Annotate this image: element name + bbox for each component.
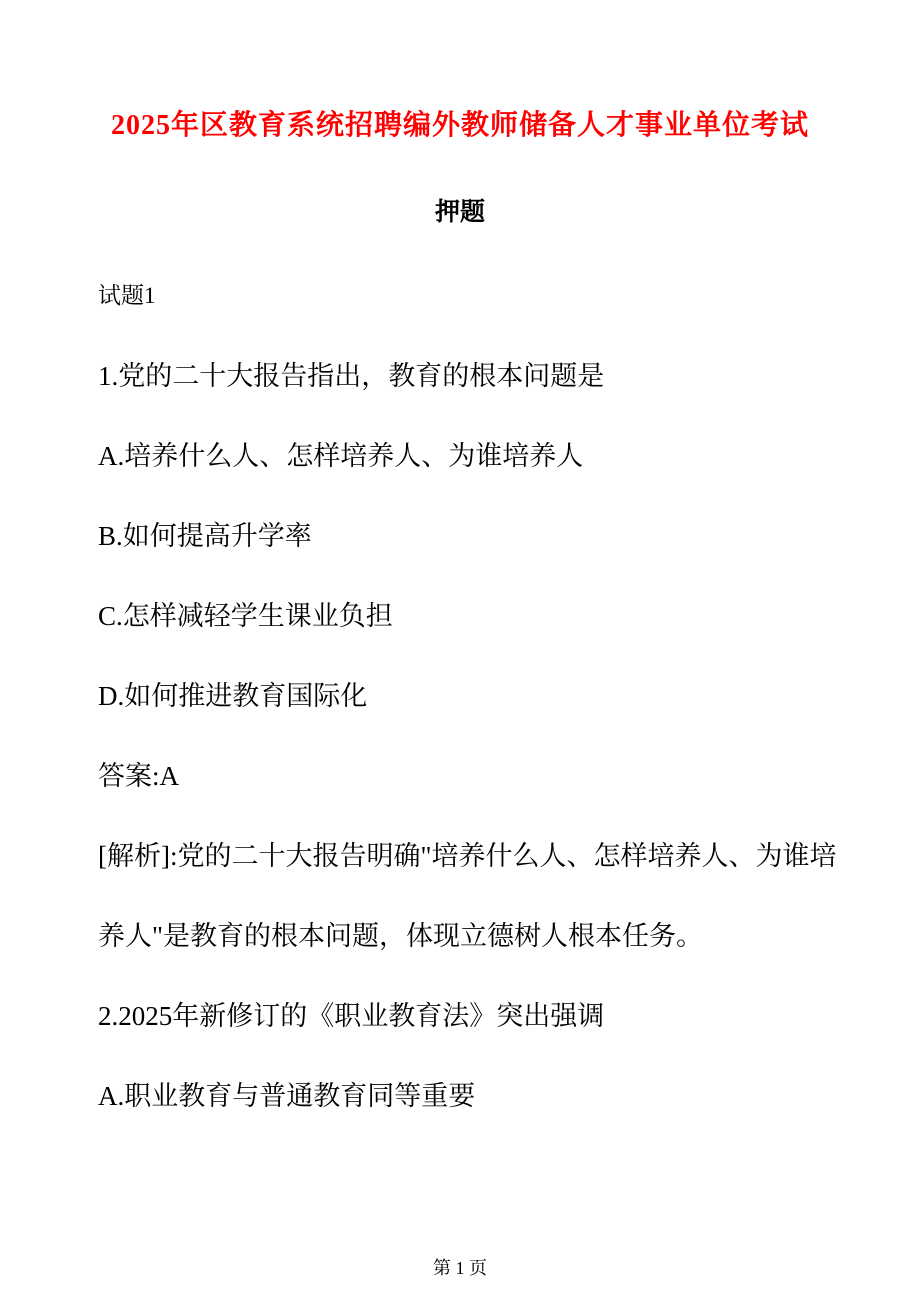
question-1-answer: 答案:A [98,736,860,816]
question-1-analysis-line-1: [解析]:党的二十大报告明确"培养什么人、怎样培养人、为谁培 [98,816,860,896]
question-2-option-a: A.职业教育与普通教育同等重要 [98,1056,860,1136]
document-subtitle: 押题 [0,197,920,229]
document-page: 2025年区教育系统招聘编外教师储备人才事业单位考试 押题 试题1 1.党的二十… [0,0,920,1301]
question-2-text: 2.2025年新修订的《职业教育法》突出强调 [98,976,860,1056]
page-number-label: 第 1 页 [433,1258,487,1278]
document-title: 2025年区教育系统招聘编外教师储备人才事业单位考试 [0,109,920,143]
question-1-text: 1.党的二十大报告指出，教育的根本问题是 [98,336,860,416]
section-label: 试题1 [98,256,860,336]
question-1-option-b: B.如何提高升学率 [98,496,860,576]
question-1-option-a: A.培养什么人、怎样培养人、为谁培养人 [98,416,860,496]
question-1-option-c: C.怎样减轻学生课业负担 [98,576,860,656]
document-body: 试题1 1.党的二十大报告指出，教育的根本问题是 A.培养什么人、怎样培养人、为… [98,256,860,1136]
question-1-option-d: D.如何推进教育国际化 [98,656,860,736]
page-footer: 第 1 页 [0,1254,920,1282]
question-1-analysis-line-2: 养人"是教育的根本问题，体现立德树人根本任务。 [98,896,860,976]
